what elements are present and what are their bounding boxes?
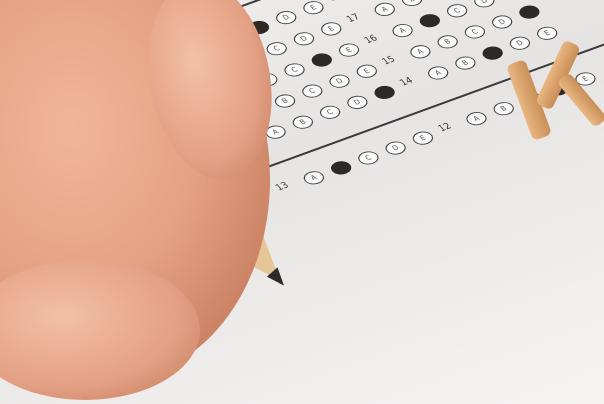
question-number: 14 <box>398 74 424 92</box>
bubble: E <box>318 20 345 38</box>
bubble: A <box>407 43 434 61</box>
bubble: E <box>353 62 380 80</box>
bubble-filled <box>327 159 354 177</box>
bubble-filled <box>516 3 543 21</box>
question-number: 12 <box>436 120 462 138</box>
bubble: D <box>488 13 515 31</box>
bubble: E <box>335 41 362 59</box>
bubble: C <box>263 40 290 58</box>
bubble-filled <box>479 44 506 62</box>
bubble: C <box>355 149 382 167</box>
question-number: 16 <box>363 32 389 50</box>
question-number: 13 <box>274 179 300 197</box>
bubble: D <box>471 0 498 10</box>
photo-scene: 23 A B D E 18 B C D E 22 A C D E 17 A B … <box>0 0 604 404</box>
bubble-filled <box>371 84 398 102</box>
bubble: B <box>434 33 461 51</box>
bubble: D <box>382 139 409 157</box>
bubble: C <box>299 82 326 100</box>
shaving <box>557 72 604 128</box>
bubble: A <box>463 110 490 128</box>
bubble: C <box>443 2 470 20</box>
question-number: 17 <box>345 10 371 28</box>
bubble: D <box>272 9 299 27</box>
bubble: A <box>389 22 416 40</box>
bubble: E <box>409 129 436 147</box>
bubble: E <box>300 0 327 17</box>
bubble: A <box>371 0 398 18</box>
pencil-shavings <box>509 40 604 140</box>
bubble: C <box>316 103 343 121</box>
bubble: B <box>398 0 425 8</box>
bubble: B <box>452 54 479 72</box>
bubble: D <box>344 93 371 111</box>
bubble: D <box>290 30 317 48</box>
bubble: C <box>281 61 308 79</box>
bubble-filled <box>416 12 443 30</box>
bubble: C <box>461 23 488 41</box>
bubble-filled <box>308 51 335 69</box>
bubble: B <box>289 113 316 131</box>
bubble: A <box>424 64 451 82</box>
question-number: 18 <box>327 0 353 7</box>
bubble: B <box>271 92 298 110</box>
bubble: D <box>326 72 353 90</box>
bubble: A <box>300 169 327 187</box>
question-number: 15 <box>380 53 406 71</box>
